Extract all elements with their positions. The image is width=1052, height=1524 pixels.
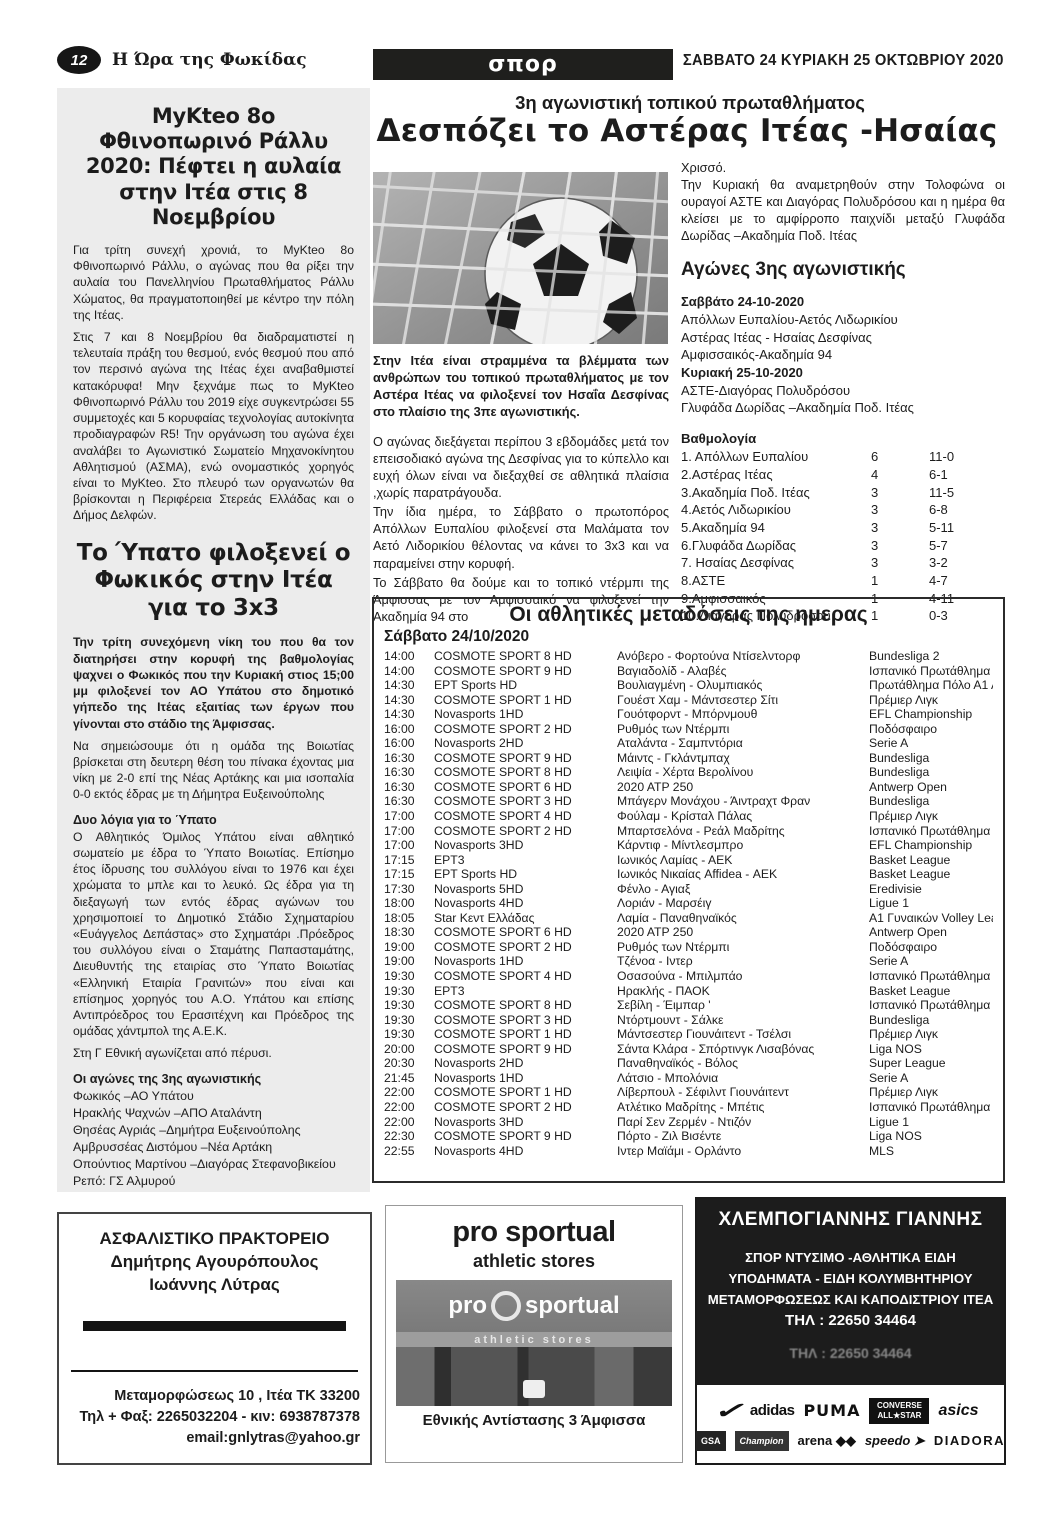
tv-match: Παρί Σεν Ζερμέν - Ντιζόν bbox=[617, 1115, 869, 1130]
tv-time: 16:30 bbox=[384, 751, 434, 766]
brand-logo-icon: arena ◆◆ bbox=[798, 1433, 856, 1449]
soccer-ball-illustration bbox=[373, 172, 668, 344]
tv-channel: Novasports 5HD bbox=[434, 882, 617, 897]
standings-team: 5.Ακαδημία 94 bbox=[681, 519, 871, 537]
brand-logo-icon: asics bbox=[938, 1402, 978, 1420]
game-line: Γλυφάδα Δωρίδας –Ακαδημία Ποδ. Ιτέας bbox=[681, 399, 1005, 417]
tv-listing-row: 22:00 COSMOTE SPORT 1 HD Λίβερπουλ - Σέφ… bbox=[384, 1085, 993, 1100]
left-fixtures-heading: Οι αγώνες της 3ης αγωνιστικής bbox=[73, 1072, 354, 1086]
tv-time: 20:00 bbox=[384, 1042, 434, 1057]
tv-time: 16:30 bbox=[384, 780, 434, 795]
ad-phone: ΤΗΛ : 22650 34464 bbox=[703, 1312, 998, 1329]
standings-team: 2.Αστέρας Ιτέας bbox=[681, 466, 871, 484]
ad-title: ΑΣΦΑΛΙΣΤΙΚΟ ΠΡΑΚΤΟΡΕΙΟ bbox=[69, 1228, 360, 1251]
tv-listings-box: Οι αθλητικές μεταδόσεις της ημερας Σάββα… bbox=[372, 597, 1005, 1183]
main-lead: Στην Ιτέα είναι στραμμένα τα βλέμματα τω… bbox=[373, 352, 669, 421]
article-kicker: 3η αγωνιστική τοπικού πρωταθλήματος bbox=[380, 92, 1000, 114]
tv-time: 20:30 bbox=[384, 1056, 434, 1071]
saturday-games: Απόλλων Ευπαλίου-Αετός ΛιδωρικίουΑστέρας… bbox=[681, 311, 1005, 364]
tv-time: 22:00 bbox=[384, 1100, 434, 1115]
tv-time: 21:45 bbox=[384, 1071, 434, 1086]
tv-match: Παναθηναϊκός - Βόλος bbox=[617, 1056, 869, 1071]
fixture-line: Αμβρυσσέας Διστόμου –Νέα Αρτάκη bbox=[73, 1139, 354, 1156]
tv-league: Serie A bbox=[869, 736, 993, 751]
page-number-badge: 12 bbox=[57, 46, 101, 74]
tv-league: Ισπανικό Πρωτάθλημα bbox=[869, 1100, 993, 1115]
tv-match: Φούλαμ - Κρίσταλ Πάλας bbox=[617, 809, 869, 824]
tv-league: Bundesliga bbox=[869, 765, 993, 780]
tv-league: Ισπανικό Πρωτάθλημα bbox=[869, 969, 993, 984]
ad-address: Εθνικής Αντίστασης 3 Άμφισσα bbox=[394, 1412, 674, 1429]
tv-listing-row: 22:55 Novasports 4HD Ιντερ Μαϊάμι - Ορλά… bbox=[384, 1144, 993, 1159]
standings-goal-diff: 4-7 bbox=[929, 572, 1005, 590]
tv-listings-table: 14:00 COSMOTE SPORT 8 HD Ανόβερο - Φορτο… bbox=[384, 649, 993, 1158]
ad-line: ΥΠΟΔΗΜΑΤΑ - ΕΙΔΗ ΚΟΛΥΜΒΗΤΗΡΙΟΥ bbox=[703, 1268, 998, 1289]
tv-channel: COSMOTE SPORT 8 HD bbox=[434, 998, 617, 1013]
tv-channel: Novasports 4HD bbox=[434, 896, 617, 911]
tv-channel: COSMOTE SPORT 9 HD bbox=[434, 1042, 617, 1057]
standings-points: 1 bbox=[871, 572, 929, 590]
store-sign: pro sportual bbox=[396, 1280, 672, 1332]
tv-channel: EPT Sports HD bbox=[434, 867, 617, 882]
tv-match: Λαμία - Παναθηναϊκός bbox=[617, 911, 869, 926]
standings-team: 4.Αετός Λιδωρικίου bbox=[681, 501, 871, 519]
standings-team: 8.ΑΣΤΕ bbox=[681, 572, 871, 590]
tv-listing-row: 18:05 Star Κεντ Ελλάδας Λαμία - Παναθηνα… bbox=[384, 911, 993, 926]
tv-listing-row: 17:00 COSMOTE SPORT 4 HD Φούλαμ - Κρίστα… bbox=[384, 809, 993, 824]
newspaper-title: Η Ώρα της Φωκίδας bbox=[112, 50, 307, 70]
tv-match: Τζένοα - Ιντερ bbox=[617, 954, 869, 969]
standings-team: 3.Ακαδημία Ποδ. Ιτέας bbox=[681, 484, 871, 502]
tv-time: 19:30 bbox=[384, 1013, 434, 1028]
tv-time: 18:05 bbox=[384, 911, 434, 926]
store-sign-subtitle: athletic stores bbox=[396, 1332, 672, 1347]
fixture-line: Οπούντιος Μαρτίνου –Διαγόρας Στεφανοβικε… bbox=[73, 1156, 354, 1173]
tv-channel: COSMOTE SPORT 9 HD bbox=[434, 751, 617, 766]
tv-time: 19:30 bbox=[384, 984, 434, 999]
tv-listing-row: 14:30 COSMOTE SPORT 1 HD Γουέστ Χαμ - Μά… bbox=[384, 693, 993, 708]
tv-league: Ligue 1 bbox=[869, 1115, 993, 1130]
fixture-line: Φωκικός –ΑΟ Υπάτου bbox=[73, 1088, 354, 1105]
tv-listings-date: Σάββατο 24/10/2020 bbox=[384, 628, 993, 646]
tv-match: Σάντα Κλάρα - Σπόρτινγκ Λισαβόνας bbox=[617, 1042, 869, 1057]
tv-listing-row: 17:30 Novasports 5HD Φένλο - Αγιαξ Eredi… bbox=[384, 882, 993, 897]
tv-match: Φένλο - Αγιαξ bbox=[617, 882, 869, 897]
tv-channel: Novasports 1HD bbox=[434, 1071, 617, 1086]
tv-channel: COSMOTE SPORT 8 HD bbox=[434, 765, 617, 780]
standings-points: 6 bbox=[871, 448, 929, 466]
newspaper-page: 12 Η Ώρα της Φωκίδας σπορ ΣΑΒΒΑΤΟ 24 ΚΥΡ… bbox=[0, 0, 1052, 1524]
tv-league: Α1 Γυναικών Volley League bbox=[869, 911, 993, 926]
tv-channel: COSMOTE SPORT 2 HD bbox=[434, 1100, 617, 1115]
tv-match: Πόρτο - Ζιλ Βισέντε bbox=[617, 1129, 869, 1144]
main-paragraph: Την ίδια ημέρα, το Σάββατο ο πρωτοπόρος … bbox=[373, 503, 669, 572]
tv-time: 16:30 bbox=[384, 794, 434, 809]
tv-match: Γουότφορντ - Μπόρνμουθ bbox=[617, 707, 869, 722]
ad-line: ΜΕΤΑΜΟΡΦΩΣΕΩΣ ΚΑΙ ΚΑΠΟΔΙΣΤΡΙΟΥ ΙΤΕΑ bbox=[703, 1289, 998, 1310]
chlempogiannis-ad: ΧΛΕΜΠΟΓΙΑΝΝΗΣ ΓΙΑΝΝΗΣ ΣΠΟΡ ΝΤΥΣΙΜΟ -ΑΘΛΗ… bbox=[695, 1197, 1006, 1465]
left-fixtures-list: Φωκικός –ΑΟ ΥπάτουΗρακλής Ψαχνών –ΑΠΟ Ατ… bbox=[73, 1088, 354, 1191]
tv-league: Πρέμιερ Λιγκ bbox=[869, 1085, 993, 1100]
tv-channel: COSMOTE SPORT 1 HD bbox=[434, 1027, 617, 1042]
tv-listing-row: 17:00 Novasports 3HD Κάρντιφ - Μίντλεσμπ… bbox=[384, 838, 993, 853]
standings-goal-diff: 11-5 bbox=[929, 484, 1005, 502]
tv-time: 19:00 bbox=[384, 954, 434, 969]
tv-channel: Novasports 2HD bbox=[434, 1056, 617, 1071]
tv-time: 14:30 bbox=[384, 707, 434, 722]
edition-date: ΣΑΒΒΑΤΟ 24 ΚΥΡΙΑΚΗ 25 ΟΚΤΩΒΡΙΟΥ 2020 bbox=[683, 52, 1004, 70]
divider-line bbox=[71, 1370, 358, 1372]
tv-league: Ligue 1 bbox=[869, 896, 993, 911]
ad-person: Δημήτρης Αγουρόπουλος bbox=[69, 1251, 360, 1274]
ad-person: Ιωάννης Λύτρας bbox=[69, 1274, 360, 1297]
tv-time: 19:30 bbox=[384, 1027, 434, 1042]
tv-listing-row: 19:00 COSMOTE SPORT 2 HD Ρυθμός των Ντέρ… bbox=[384, 940, 993, 955]
standings-team: 7. Ησαίας Δεσφίνας bbox=[681, 554, 871, 572]
tv-channel: Novasports 2HD bbox=[434, 736, 617, 751]
standings-goal-diff: 3-2 bbox=[929, 554, 1005, 572]
pro-sportual-ad: pro sportual athletic stores pro sportua… bbox=[385, 1205, 683, 1463]
tv-channel: COSMOTE SPORT 6 HD bbox=[434, 780, 617, 795]
fixture-line: Θησέας Αγριάς –Δημήτρα Ευξεινούπολης bbox=[73, 1122, 354, 1139]
tv-match: Ιντερ Μαϊάμι - Ορλάντο bbox=[617, 1144, 869, 1159]
brand-logo-icon: ✓ bbox=[711, 1398, 752, 1424]
tv-listing-row: 16:30 COSMOTE SPORT 8 HD Λειψία - Χέρτα … bbox=[384, 765, 993, 780]
ad-phone: Τηλ + Φαξ: 2265032204 - κιν: 6938787378 bbox=[69, 1407, 360, 1428]
tv-channel: COSMOTE SPORT 2 HD bbox=[434, 722, 617, 737]
tv-league: Πρέμιερ Λιγκ bbox=[869, 1027, 993, 1042]
tv-time: 17:15 bbox=[384, 853, 434, 868]
tv-channel: Star Κεντ Ελλάδας bbox=[434, 911, 617, 926]
shirt-display bbox=[523, 1380, 545, 1398]
tv-listing-row: 19:30 COSMOTE SPORT 1 HD Μάντσεστερ Γιου… bbox=[384, 1027, 993, 1042]
tv-listing-row: 19:30 COSMOTE SPORT 4 HD Οσασούνα - Μπιλ… bbox=[384, 969, 993, 984]
tv-match: Σεβίλη - Έιμπαρ ' bbox=[617, 998, 869, 1013]
tv-league: Liga NOS bbox=[869, 1129, 993, 1144]
standings-row: 2.Αστέρας Ιτέας 4 6-1 bbox=[681, 466, 1005, 484]
tv-match: Λοριάν - Μαρσέιγ bbox=[617, 896, 869, 911]
standings-row: 3.Ακαδημία Ποδ. Ιτέας 3 11-5 bbox=[681, 484, 1005, 502]
article2-title: Το Ύπατο φιλοξενεί ο Φωκικός στην Ιτέα γ… bbox=[73, 540, 354, 623]
standings-points: 3 bbox=[871, 501, 929, 519]
tv-listing-row: 19:00 Novasports 1HD Τζένοα - Ιντερ Seri… bbox=[384, 954, 993, 969]
tv-time: 19:00 bbox=[384, 940, 434, 955]
tv-listing-row: 20:00 COSMOTE SPORT 9 HD Σάντα Κλάρα - Σ… bbox=[384, 1042, 993, 1057]
tv-channel: COSMOTE SPORT 3 HD bbox=[434, 794, 617, 809]
brand-logo-strip: ✓adidasPUMACONVERSE ALL★STARasics GSACha… bbox=[697, 1385, 1004, 1463]
brand-logo-icon: speedo ➤ bbox=[865, 1433, 925, 1449]
right-first-line: Χρισσό. bbox=[681, 160, 1005, 177]
tv-channel: COSMOTE SPORT 4 HD bbox=[434, 969, 617, 984]
tv-listing-row: 19:30 COSMOTE SPORT 8 HD Σεβίλη - Έιμπαρ… bbox=[384, 998, 993, 1013]
standings-team: 1. Απόλλων Ευπαλίου bbox=[681, 448, 871, 466]
tv-match: 2020 ATP 250 bbox=[617, 925, 869, 940]
tv-match: Βουλιαγμένη - Ολυμπιακός bbox=[617, 678, 869, 693]
standings-points: 3 bbox=[871, 554, 929, 572]
tv-channel: EPT Sports HD bbox=[434, 678, 617, 693]
tv-league: Basket League bbox=[869, 853, 993, 868]
tv-channel: COSMOTE SPORT 9 HD bbox=[434, 1129, 617, 1144]
tv-channel: COSMOTE SPORT 3 HD bbox=[434, 1013, 617, 1028]
standings-points: 3 bbox=[871, 484, 929, 502]
tv-time: 17:00 bbox=[384, 838, 434, 853]
tv-channel: EPT3 bbox=[434, 853, 617, 868]
standings-goal-diff: 11-0 bbox=[929, 448, 1005, 466]
standings-goal-diff: 6-8 bbox=[929, 501, 1005, 519]
ad-phone-ghost: ΤΗΛ : 22650 34464 bbox=[703, 1345, 998, 1361]
tv-league: Ισπανικό Πρωτάθλημα bbox=[869, 824, 993, 839]
tv-listing-row: 21:45 Novasports 1HD Λάτσιο - Μπολόνια S… bbox=[384, 1071, 993, 1086]
sunday-games: ΑΣΤΕ-Διαγόρας ΠολυδρόσουΓλυφάδα Δωρίδας … bbox=[681, 382, 1005, 417]
tv-time: 22:55 bbox=[384, 1144, 434, 1159]
tv-league: Ποδόσφαιρο bbox=[869, 940, 993, 955]
tv-listing-row: 14:00 COSMOTE SPORT 9 HD Βαγιαδολίδ - Αλ… bbox=[384, 664, 993, 679]
standings-points: 4 bbox=[871, 466, 929, 484]
divider-bar bbox=[83, 1321, 346, 1331]
tv-channel: EPT3 bbox=[434, 984, 617, 999]
tv-match: Οσασούνα - Μπιλμπάο bbox=[617, 969, 869, 984]
tv-listing-row: 14:30 Novasports 1HD Γουότφορντ - Μπόρνμ… bbox=[384, 707, 993, 722]
tv-listing-row: 16:00 Novasports 2HD Αταλάντα - Σαμπντόρ… bbox=[384, 736, 993, 751]
tv-league: Bundesliga 2 bbox=[869, 649, 993, 664]
right-fixtures-heading: Αγώνες 3ης αγωνιστικής bbox=[681, 259, 1005, 281]
standings-team: 6.Γλυφάδα Δωρίδας bbox=[681, 537, 871, 555]
tv-listing-row: 18:30 COSMOTE SPORT 6 HD 2020 ATP 250 An… bbox=[384, 925, 993, 940]
sign-text: pro bbox=[448, 1292, 487, 1320]
tv-time: 17:00 bbox=[384, 809, 434, 824]
tv-channel: COSMOTE SPORT 1 HD bbox=[434, 693, 617, 708]
tv-league: Basket League bbox=[869, 867, 993, 882]
tv-match: Λίβερπουλ - Σέφιλντ Γιουνάιτεντ bbox=[617, 1085, 869, 1100]
tv-league: Super League bbox=[869, 1056, 993, 1071]
article2-subhead: Δυο λόγια για το Ύπατο bbox=[73, 813, 354, 827]
tv-listing-row: 14:30 EPT Sports HD Βουλιαγμένη - Ολυμπι… bbox=[384, 678, 993, 693]
section-banner: σπορ bbox=[373, 49, 673, 80]
tv-channel: COSMOTE SPORT 1 HD bbox=[434, 1085, 617, 1100]
tv-listing-row: 16:00 COSMOTE SPORT 2 HD Ρυθμός των Ντέρ… bbox=[384, 722, 993, 737]
tv-listing-row: 19:30 COSMOTE SPORT 3 HD Ντόρτμουντ - Σά… bbox=[384, 1013, 993, 1028]
ad-address: Μεταμορφώσεως 10 , Ιτέα ΤΚ 33200 bbox=[69, 1386, 360, 1407]
standings-row: 5.Ακαδημία 94 3 5-11 bbox=[681, 519, 1005, 537]
tv-league: Ισπανικό Πρωτάθλημα bbox=[869, 998, 993, 1013]
tv-match: Κάρντιφ - Μίντλεσμπρο bbox=[617, 838, 869, 853]
tv-league: Serie A bbox=[869, 1071, 993, 1086]
tv-listing-row: 20:30 Novasports 2HD Παναθηναϊκός - Βόλο… bbox=[384, 1056, 993, 1071]
tv-match: Ιωνικός Λαμίας - ΑΕΚ bbox=[617, 853, 869, 868]
tv-league: Πρέμιερ Λιγκ bbox=[869, 809, 993, 824]
tv-time: 22:00 bbox=[384, 1085, 434, 1100]
tv-match: 2020 ATP 250 bbox=[617, 780, 869, 795]
tv-listing-row: 19:30 EPT3 Ηρακλής - ΠΑΟΚ Basket League bbox=[384, 984, 993, 999]
tv-channel: Novasports 4HD bbox=[434, 1144, 617, 1159]
swirl-logo-icon bbox=[491, 1291, 521, 1321]
standings-row: 6.Γλυφάδα Δωρίδας 3 5-7 bbox=[681, 537, 1005, 555]
tv-match: Ανόβερο - Φορτούνα Ντίσελντορφ bbox=[617, 649, 869, 664]
tv-channel: Novasports 1HD bbox=[434, 954, 617, 969]
main-article-body: Στην Ιτέα είναι στραμμένα τα βλέμματα τω… bbox=[373, 352, 669, 625]
store-interior bbox=[396, 1347, 672, 1406]
tv-time: 14:30 bbox=[384, 693, 434, 708]
standings-row: 1. Απόλλων Ευπαλίου 6 11-0 bbox=[681, 448, 1005, 466]
tv-time: 16:30 bbox=[384, 765, 434, 780]
tv-time: 14:30 bbox=[384, 678, 434, 693]
standings-goal-diff: 5-11 bbox=[929, 519, 1005, 537]
tv-match: Λειψία - Χέρτα Βερολίνου bbox=[617, 765, 869, 780]
tv-match: Ντόρτμουντ - Σάλκε bbox=[617, 1013, 869, 1028]
tv-match: Γουέστ Χαμ - Μάντσεστερ Σίτι bbox=[617, 693, 869, 708]
tv-listing-row: 17:15 EPT3 Ιωνικός Λαμίας - ΑΕΚ Basket L… bbox=[384, 853, 993, 868]
tv-listing-row: 22:30 COSMOTE SPORT 9 HD Πόρτο - Ζιλ Βισ… bbox=[384, 1129, 993, 1144]
tv-league: Antwerp Open bbox=[869, 925, 993, 940]
tv-league: Eredivisie bbox=[869, 882, 993, 897]
ad-title: ΧΛΕΜΠΟΓΙΑΝΝΗΣ ΓΙΑΝΝΗΣ bbox=[703, 1209, 998, 1231]
tv-time: 16:00 bbox=[384, 736, 434, 751]
article2-body: Ο Αθλητικός Όμιλος Υπάτου είναι αθλητικό… bbox=[73, 829, 354, 1040]
tv-channel: COSMOTE SPORT 8 HD bbox=[434, 649, 617, 664]
ad-black-panel: ΧΛΕΜΠΟΓΙΑΝΝΗΣ ΓΙΑΝΝΗΣ ΣΠΟΡ ΝΤΥΣΙΜΟ -ΑΘΛΗ… bbox=[697, 1199, 1004, 1385]
tv-match: Ρυθμός των Ντέρμπι bbox=[617, 940, 869, 955]
article2-body: Να σημειώσουμε ότι η ομάδα της Βοιωτίας … bbox=[73, 738, 354, 803]
brand-row: ✓adidasPUMACONVERSE ALL★STARasics bbox=[703, 1398, 998, 1424]
tv-league: EFL Championship bbox=[869, 838, 993, 853]
article1-body: Για τρίτη συνεχή χρονιά, το MyKteo 8ο Φθ… bbox=[73, 242, 354, 323]
soccer-ball-photo bbox=[373, 172, 668, 344]
tv-time: 17:30 bbox=[384, 882, 434, 897]
left-column-panel: MyKteo 8ο Φθινοπωρινό Ράλλυ 2020: Πέφτει… bbox=[57, 88, 370, 1192]
sign-text: sportual bbox=[525, 1292, 620, 1320]
tv-listing-row: 14:00 COSMOTE SPORT 8 HD Ανόβερο - Φορτο… bbox=[384, 649, 993, 664]
brand-logo-icon: PUMA bbox=[803, 1401, 860, 1420]
tv-channel: Novasports 3HD bbox=[434, 838, 617, 853]
game-line: ΑΣΤΕ-Διαγόρας Πολυδρόσου bbox=[681, 382, 1005, 400]
standings-row: 7. Ησαίας Δεσφίνας 3 3-2 bbox=[681, 554, 1005, 572]
tv-league: Ποδόσφαιρο bbox=[869, 722, 993, 737]
tv-channel: COSMOTE SPORT 2 HD bbox=[434, 824, 617, 839]
tv-match: Μπάγερν Μονάχου - Άιντραχτ Φραν bbox=[617, 794, 869, 809]
tv-league: Liga NOS bbox=[869, 1042, 993, 1057]
tv-time: 18:00 bbox=[384, 896, 434, 911]
standings-row: 4.Αετός Λιδωρικίου 3 6-8 bbox=[681, 501, 1005, 519]
fixture-line: Ηρακλής Ψαχνών –ΑΠΟ Αταλάντη bbox=[73, 1105, 354, 1122]
tv-league: Antwerp Open bbox=[869, 780, 993, 795]
tv-channel: COSMOTE SPORT 2 HD bbox=[434, 940, 617, 955]
brand-logo-icon: GSA bbox=[696, 1431, 726, 1451]
article1-body: Στις 7 και 8 Νοεμβρίου θα διαδραματιστεί… bbox=[73, 329, 354, 524]
tv-league: Πρωτάθλημα Πόλο Α1 Ανδρών bbox=[869, 678, 993, 693]
ad-title: pro sportual bbox=[394, 1216, 674, 1249]
brand-logo-icon: DIADORA bbox=[934, 1433, 1005, 1448]
fixture-line: Ρεπό: ΓΣ Αλμυρού bbox=[73, 1173, 354, 1190]
main-headline: Δεσπόζει το Αστέρας Ιτέας -Ησαίας bbox=[372, 113, 1002, 149]
right-intro: Την Κυριακή θα αναμετρηθούν στην Τολοφών… bbox=[681, 177, 1005, 245]
article2-lead: Την τρίτη συνεχόμενη νίκη του που θα τον… bbox=[73, 634, 354, 731]
tv-match: Ηρακλής - ΠΑΟΚ bbox=[617, 984, 869, 999]
tv-time: 19:30 bbox=[384, 969, 434, 984]
tv-league: Bundesliga bbox=[869, 751, 993, 766]
tv-match: Ρυθμός των Ντέρμπι bbox=[617, 722, 869, 737]
tv-time: 19:30 bbox=[384, 998, 434, 1013]
brand-row: GSAChampionarena ◆◆speedo ➤DIADORA bbox=[703, 1431, 998, 1451]
tv-league: Bundesliga bbox=[869, 794, 993, 809]
tv-time: 14:00 bbox=[384, 664, 434, 679]
tv-listing-row: 22:00 COSMOTE SPORT 2 HD Ατλέτικο Μαδρίτ… bbox=[384, 1100, 993, 1115]
tv-time: 18:30 bbox=[384, 925, 434, 940]
standings-goal-diff: 6-1 bbox=[929, 466, 1005, 484]
tv-time: 17:15 bbox=[384, 867, 434, 882]
tv-listing-row: 16:30 COSMOTE SPORT 6 HD 2020 ATP 250 An… bbox=[384, 780, 993, 795]
tv-channel: COSMOTE SPORT 9 HD bbox=[434, 664, 617, 679]
tv-time: 14:00 bbox=[384, 649, 434, 664]
standings-points: 3 bbox=[871, 537, 929, 555]
tv-league: Ισπανικό Πρωτάθλημα bbox=[869, 664, 993, 679]
brand-logo-icon: adidas bbox=[750, 1402, 795, 1419]
tv-listing-row: 17:00 COSMOTE SPORT 2 HD Μπαρτσελόνα - Ρ… bbox=[384, 824, 993, 839]
main-paragraph: Ο αγώνας διεξάγεται περίπου 3 εβδομάδες … bbox=[373, 433, 669, 502]
brand-logo-icon: CONVERSE ALL★STAR bbox=[869, 1398, 929, 1424]
game-line: Αστέρας Ιτέας - Ησαίας Δεσφίνας bbox=[681, 329, 1005, 347]
tv-match: Λάτσιο - Μπολόνια bbox=[617, 1071, 869, 1086]
tv-league: Bundesliga bbox=[869, 1013, 993, 1028]
tv-listing-row: 22:00 Novasports 3HD Παρί Σεν Ζερμέν - Ν… bbox=[384, 1115, 993, 1130]
storefront-photo: pro sportual athletic stores bbox=[396, 1280, 672, 1406]
tv-match: Μάιντς - Γκλάντμπαχ bbox=[617, 751, 869, 766]
saturday-label: Σαββάτο 24-10-2020 bbox=[681, 293, 1005, 311]
sunday-label: Κυριακή 25-10-2020 bbox=[681, 364, 1005, 382]
tv-time: 16:00 bbox=[384, 722, 434, 737]
tv-channel: COSMOTE SPORT 6 HD bbox=[434, 925, 617, 940]
standings-points: 3 bbox=[871, 519, 929, 537]
ad-email: email:gnlytras@yahoo.gr bbox=[69, 1428, 360, 1449]
ad-line: ΣΠΟΡ ΝΤΥΣΙΜΟ -ΑΘΛΗΤΙΚΑ ΕΙΔΗ bbox=[703, 1247, 998, 1268]
tv-match: Μάντσεστερ Γιουνάιτεντ - Τσέλσι bbox=[617, 1027, 869, 1042]
right-standings-heading: Βαθμολογία bbox=[681, 431, 1005, 446]
right-column: Χρισσό. Την Κυριακή θα αναμετρηθούν στην… bbox=[681, 160, 1005, 625]
tv-time: 17:00 bbox=[384, 824, 434, 839]
tv-channel: COSMOTE SPORT 4 HD bbox=[434, 809, 617, 824]
tv-channel: Novasports 3HD bbox=[434, 1115, 617, 1130]
tv-match: Ιωνικός Νικαίας Affidea - ΑΕΚ bbox=[617, 867, 869, 882]
tv-league: EFL Championship bbox=[869, 707, 993, 722]
tv-league: Serie A bbox=[869, 954, 993, 969]
tv-match: Μπαρτσελόνα - Ρεάλ Μαδρίτης bbox=[617, 824, 869, 839]
standings-goal-diff: 5-7 bbox=[929, 537, 1005, 555]
tv-listing-row: 16:30 COSMOTE SPORT 9 HD Μάιντς - Γκλάντ… bbox=[384, 751, 993, 766]
insurance-agency-ad: ΑΣΦΑΛΙΣΤΙΚΟ ΠΡΑΚΤΟΡΕΙΟ Δημήτρης Αγουρόπο… bbox=[57, 1212, 372, 1465]
article2-body: Στη Γ Εθνική αγωνίζεται από πέρυσι. bbox=[73, 1045, 354, 1061]
standings-row: 8.ΑΣΤΕ 1 4-7 bbox=[681, 572, 1005, 590]
article1-title: MyKteo 8ο Φθινοπωρινό Ράλλυ 2020: Πέφτει… bbox=[73, 104, 354, 230]
tv-listing-row: 17:15 EPT Sports HD Ιωνικός Νικαίας Affi… bbox=[384, 867, 993, 882]
tv-league: Basket League bbox=[869, 984, 993, 999]
tv-match: Βαγιαδολίδ - Αλαβές bbox=[617, 664, 869, 679]
game-line: Αμφισσαικός-Ακαδημία 94 bbox=[681, 346, 1005, 364]
tv-channel: Novasports 1HD bbox=[434, 707, 617, 722]
brand-logo-icon: Champion bbox=[735, 1431, 789, 1451]
tv-league: MLS bbox=[869, 1144, 993, 1159]
tv-match: Ατλέτικο Μαδρίτης - Μπέτις bbox=[617, 1100, 869, 1115]
tv-time: 22:30 bbox=[384, 1129, 434, 1144]
tv-listing-row: 18:00 Novasports 4HD Λοριάν - Μαρσέιγ Li… bbox=[384, 896, 993, 911]
tv-league: Πρέμιερ Λιγκ bbox=[869, 693, 993, 708]
tv-listing-row: 16:30 COSMOTE SPORT 3 HD Μπάγερν Μονάχου… bbox=[384, 794, 993, 809]
tv-time: 22:00 bbox=[384, 1115, 434, 1130]
game-line: Απόλλων Ευπαλίου-Αετός Λιδωρικίου bbox=[681, 311, 1005, 329]
tv-match: Αταλάντα - Σαμπντόρια bbox=[617, 736, 869, 751]
ad-subtitle: athletic stores bbox=[394, 1251, 674, 1272]
tv-listings-title: Οι αθλητικές μεταδόσεις της ημερας bbox=[384, 603, 993, 627]
